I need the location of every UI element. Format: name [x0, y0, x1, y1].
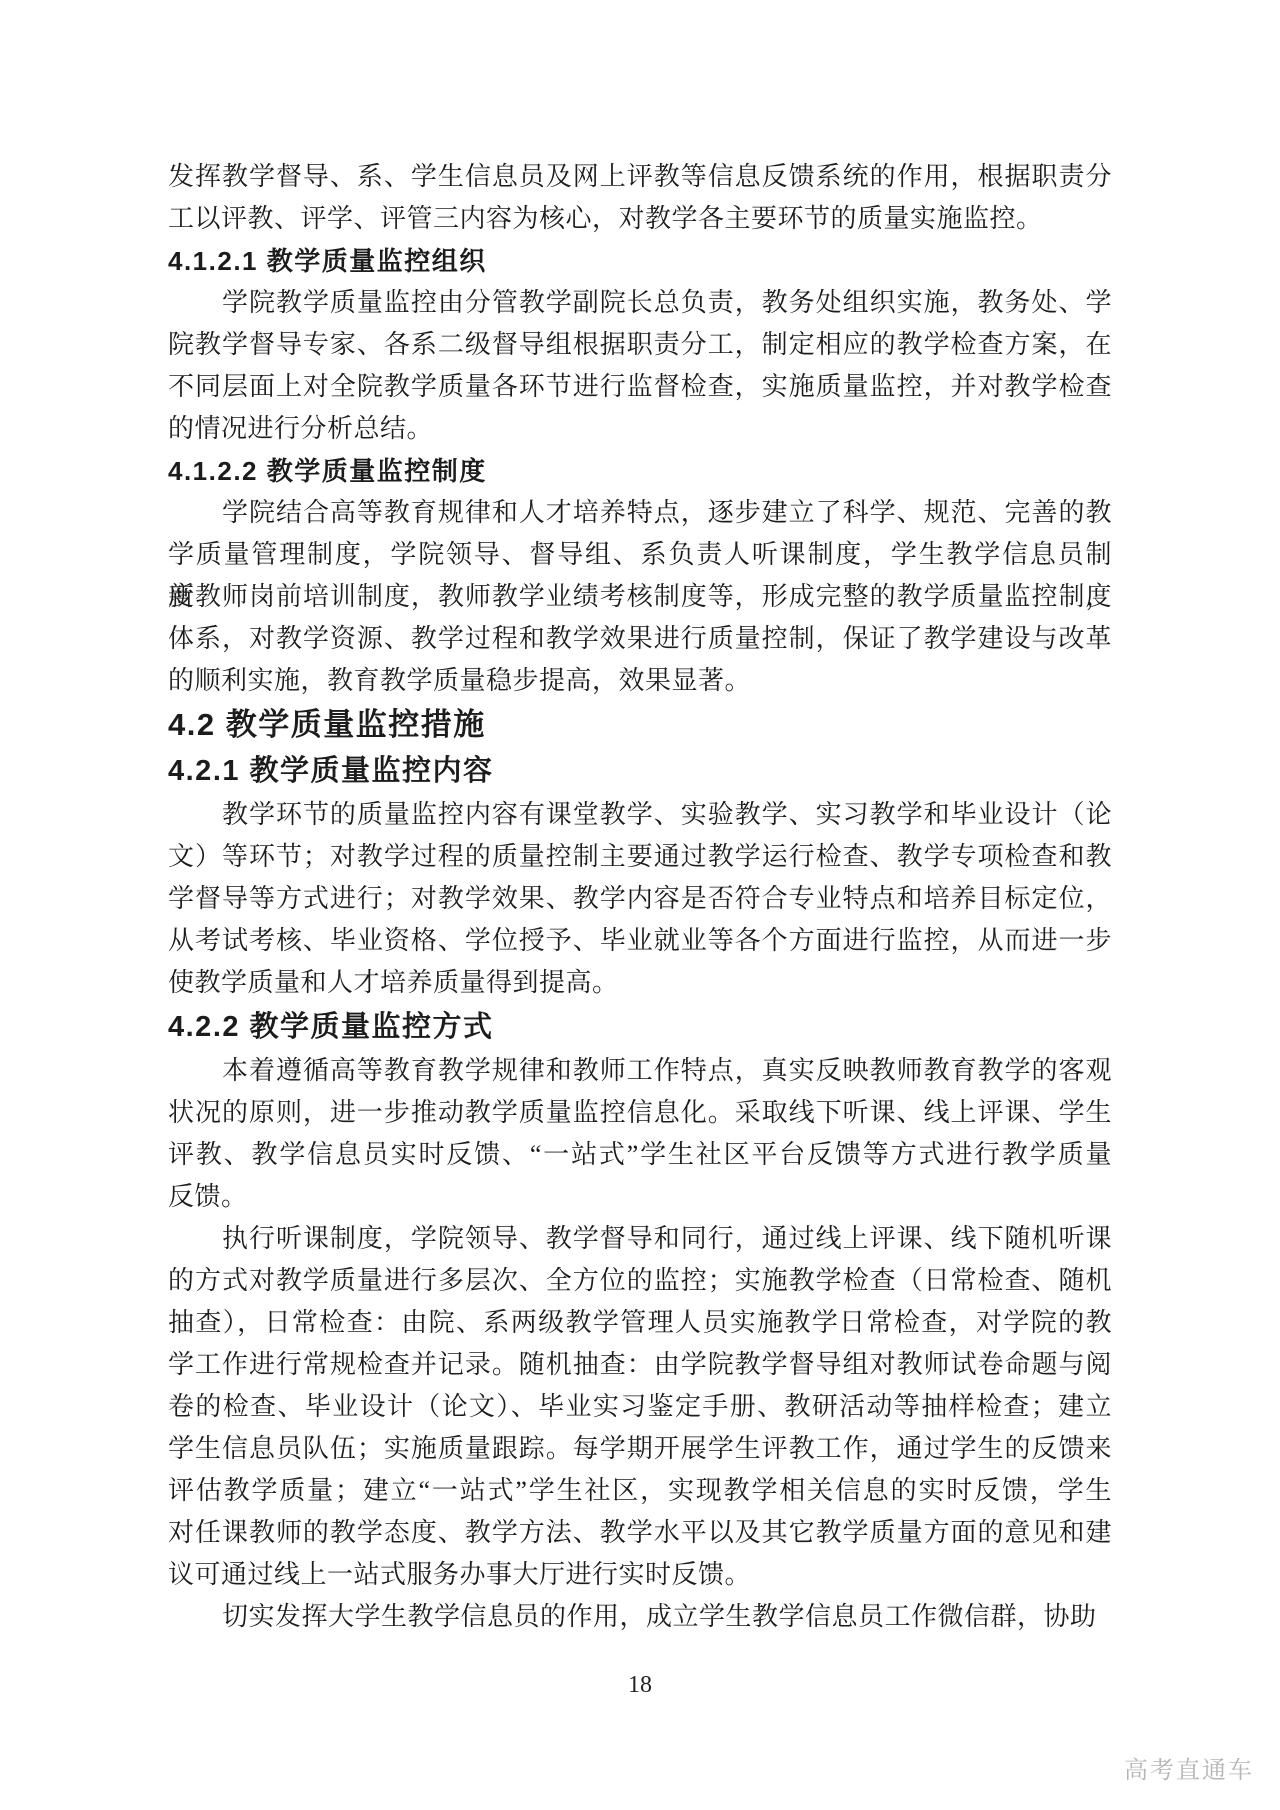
text-line: 院教学督导专家、各系二级督导组根据职责分工，制定相应的教学检查方案，在 — [168, 324, 1112, 366]
text-line: 体系，对教学资源、教学过程和教学效果进行质量控制，保证了教学建设与改革 — [168, 618, 1112, 660]
text-line: 不同层面上对全院教学质量各环节进行监督检查，实施质量监控，并对教学检查 — [168, 366, 1112, 408]
text-line: 执行听课制度，学院领导、教学督导和同行，通过线上评课、线下随机听课 — [168, 1218, 1112, 1260]
text-line: 学工作进行常规检查并记录。随机抽查：由学院教学督导组对教师试卷命题与阅 — [168, 1344, 1112, 1386]
text-line: 抽查），日常检查：由院、系两级教学管理人员实施教学日常检查，对学院的教 — [168, 1302, 1112, 1344]
text-line: 从考试考核、毕业资格、学位授予、毕业就业等各个方面进行监控，从而进一步 — [168, 920, 1112, 962]
text-line: 议可通过线上一站式服务办事大厅进行实时反馈。 — [168, 1554, 1112, 1596]
text-line: 学生信息员队伍；实施质量跟踪。每学期开展学生评教工作，通过学生的反馈来 — [168, 1428, 1112, 1470]
text-line: 切实发挥大学生教学信息员的作用，成立学生教学信息员工作微信群，协助 — [168, 1596, 1112, 1638]
text-line: 评估教学质量；建立“一站式”学生社区，实现教学相关信息的实时反馈，学生 — [168, 1470, 1112, 1512]
text-line: 使教学质量和人才培养质量得到提高。 — [168, 962, 1112, 1004]
text-line: 的情况进行分析总结。 — [168, 408, 1112, 450]
text-line: 教学环节的质量监控内容有课堂教学、实验教学、实习教学和毕业设计（论 — [168, 794, 1112, 836]
section-heading: 4.1.2.2 教学质量监控制度 — [168, 450, 1112, 492]
text-line: 对任课教师的教学态度、教学方法、教学水平以及其它教学质量方面的意见和建 — [168, 1512, 1112, 1554]
text-line: 的方式对教学质量进行多层次、全方位的监控；实施教学检查（日常检查、随机 — [168, 1260, 1112, 1302]
section-heading: 4.2 教学质量监控措施 — [168, 702, 1112, 748]
text-line: 本着遵循高等教育教学规律和教师工作特点，真实反映教师教育教学的客观 — [168, 1050, 1112, 1092]
document-page: 发挥教学督导、系、学生信息员及网上评教等信息反馈系统的作用，根据职责分工以评教、… — [0, 0, 1280, 1810]
section-heading: 4.2.1 教学质量监控内容 — [168, 748, 1112, 794]
text-line: 学质量管理制度，学院领导、督导组、系负责人听课制度，学生教学信息员制度， — [168, 534, 1112, 576]
section-heading: 4.1.2.1 教学质量监控组织 — [168, 240, 1112, 282]
text-line: 学督导等方式进行；对教学效果、教学内容是否符合专业特点和培养目标定位， — [168, 878, 1112, 920]
text-column: 发挥教学督导、系、学生信息员及网上评教等信息反馈系统的作用，根据职责分工以评教、… — [168, 156, 1112, 1638]
text-line: 的顺利实施，教育教学质量稳步提高，效果显著。 — [168, 660, 1112, 702]
text-line: 工以评教、评学、评管三内容为核心，对教学各主要环节的质量实施监控。 — [168, 198, 1112, 240]
text-line: 反馈。 — [168, 1176, 1112, 1218]
text-line: 发挥教学督导、系、学生信息员及网上评教等信息反馈系统的作用，根据职责分 — [168, 156, 1112, 198]
watermark: 高考直通车 — [1124, 1750, 1254, 1785]
text-line: 学院教学质量监控由分管教学副院长总负责，教务处组织实施，教务处、学 — [168, 282, 1112, 324]
section-heading: 4.2.2 教学质量监控方式 — [168, 1004, 1112, 1050]
page-number: 18 — [0, 1672, 1280, 1699]
text-line: 新教师岗前培训制度，教师教学业绩考核制度等，形成完整的教学质量监控制度 — [168, 576, 1112, 618]
text-line: 状况的原则，进一步推动教学质量监控信息化。采取线下听课、线上评课、学生 — [168, 1092, 1112, 1134]
text-line: 卷的检查、毕业设计（论文）、毕业实习鉴定手册、教研活动等抽样检查；建立 — [168, 1386, 1112, 1428]
text-line: 评教、教学信息员实时反馈、“一站式”学生社区平台反馈等方式进行教学质量 — [168, 1134, 1112, 1176]
text-line: 学院结合高等教育规律和人才培养特点，逐步建立了科学、规范、完善的教 — [168, 492, 1112, 534]
text-line: 文）等环节；对教学过程的质量控制主要通过教学运行检查、教学专项检查和教 — [168, 836, 1112, 878]
